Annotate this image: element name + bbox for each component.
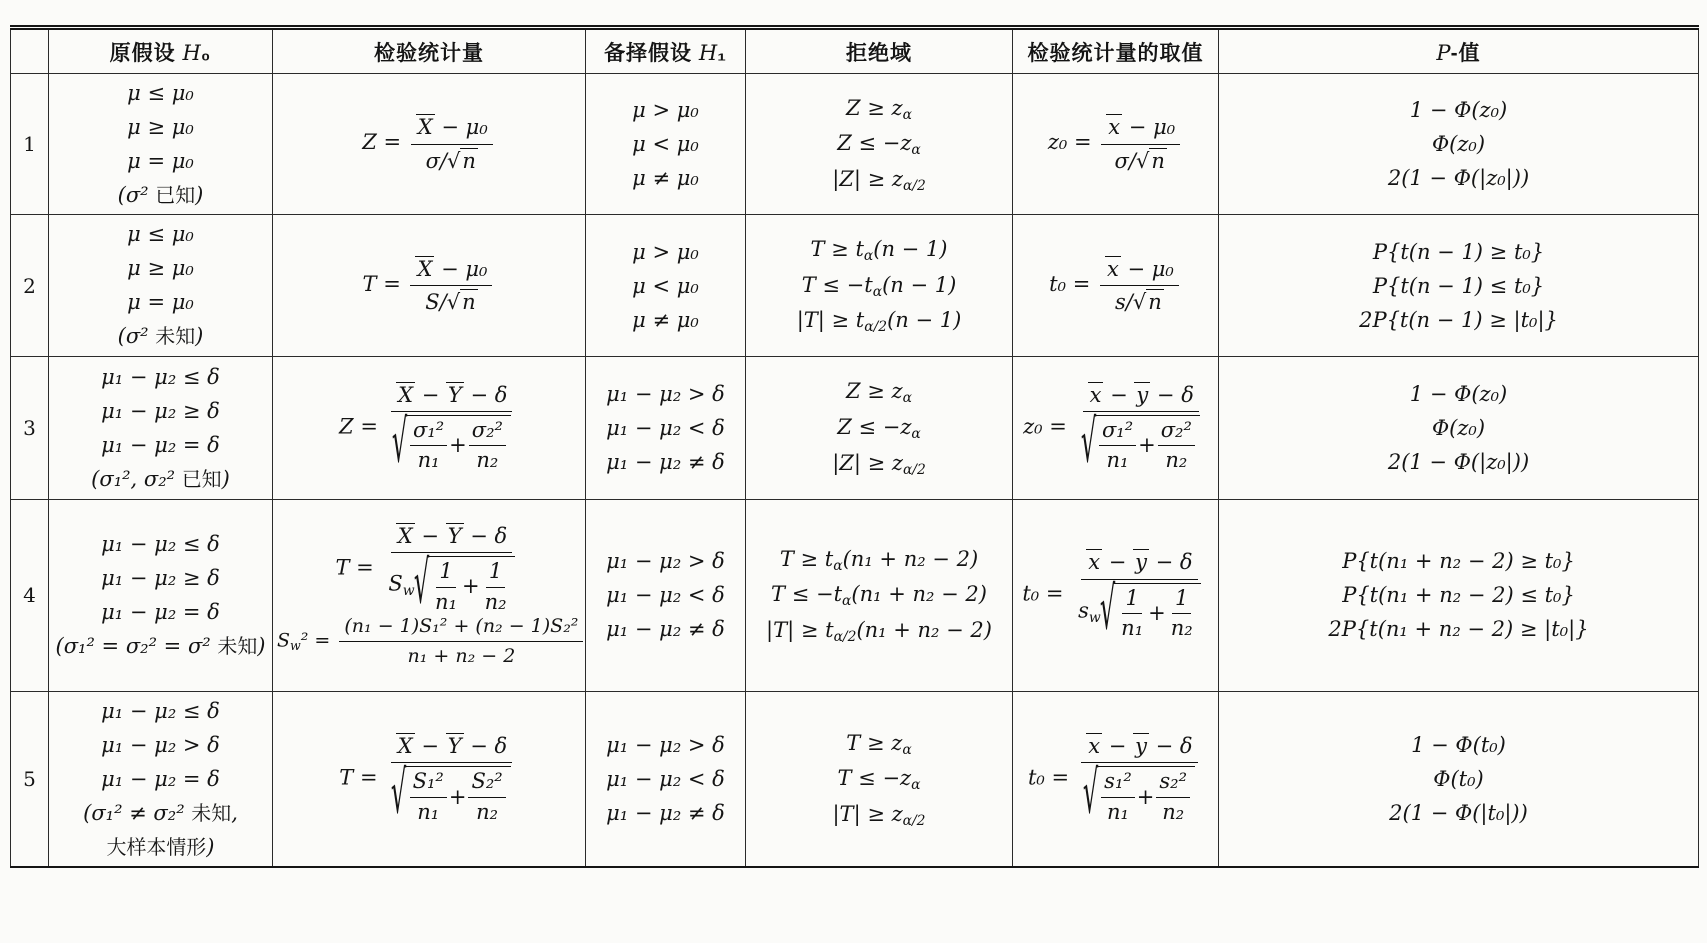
formula-line: 2(1 − Φ(|z₀|)): [1223, 161, 1694, 195]
formula-line: μ₁ − μ₂ > δ: [590, 377, 741, 411]
formula-line: μ ≤ μ₀: [53, 217, 268, 251]
formula-line: μ₁ − μ₂ ≠ δ: [590, 612, 741, 646]
formula-line: (σ₁² ≠ σ₂² 未知,: [53, 796, 268, 830]
formula-line: P{t(n₁ + n₂ − 2) ≤ t₀}: [1223, 578, 1694, 612]
formula-line: μ₁ − μ₂ = δ: [53, 762, 268, 796]
cell-null-hypothesis: μ ≤ μ₀ μ ≥ μ₀ μ = μ₀ (σ² 已知): [49, 74, 273, 215]
formula-line: (σ² 未知): [53, 319, 268, 353]
formula-line: μ > μ₀: [590, 93, 741, 127]
formula-line: T ≤ −tα(n − 1): [750, 268, 1008, 304]
formula-line: T = X − μ₀S/√n: [277, 256, 581, 315]
formula-line: μ₁ − μ₂ ≤ δ: [53, 527, 268, 561]
formula-line: (σ² 已知): [53, 178, 268, 212]
cell-null-hypothesis: μ ≤ μ₀ μ ≥ μ₀ μ = μ₀ (σ² 未知): [49, 215, 273, 356]
formula-line: 1 − Φ(z₀): [1223, 377, 1694, 411]
table-row: 4 μ₁ − μ₂ ≤ δ μ₁ − μ₂ ≥ δ μ₁ − μ₂ = δ (σ…: [11, 499, 1699, 691]
col-header-test-statistic: 检验统计量: [273, 28, 586, 74]
cell-p-value: P{t(n − 1) ≥ t₀} P{t(n − 1) ≤ t₀} 2P{t(n…: [1219, 215, 1699, 356]
col-header-statistic-value: 检验统计量的取值: [1013, 28, 1219, 74]
formula-line: t₀ = x − y − δsw√1n₁ + 1n₂: [1017, 549, 1214, 641]
row-number: 3: [11, 356, 49, 499]
cell-alternative-hypothesis: μ₁ − μ₂ > δ μ₁ − μ₂ < δ μ₁ − μ₂ ≠ δ: [586, 691, 746, 867]
formula-line: μ > μ₀: [590, 235, 741, 269]
col-header-null-hypothesis: 原假设 H₀: [49, 28, 273, 74]
formula-line: 1 − Φ(t₀): [1223, 728, 1694, 762]
cell-rejection-region: Z ≥ zα Z ≤ −zα |Z| ≥ zα/2: [746, 356, 1013, 499]
formula-line: Φ(z₀): [1223, 411, 1694, 445]
formula-line: μ₁ − μ₂ ≤ δ: [53, 360, 268, 394]
formula-line: μ = μ₀: [53, 285, 268, 319]
cell-rejection-region: T ≥ zα T ≤ −zα |T| ≥ zα/2: [746, 691, 1013, 867]
table-row: 2 μ ≤ μ₀ μ ≥ μ₀ μ = μ₀ (σ² 未知) T = X − μ…: [11, 215, 1699, 356]
formula-line: t₀ = x − y − δ√s₁²n₁ + s₂²n₂: [1017, 733, 1214, 825]
table-row: 1 μ ≤ μ₀ μ ≥ μ₀ μ = μ₀ (σ² 已知) Z = X − μ…: [11, 74, 1699, 215]
formula-line: Sw² = (n₁ − 1)S₁² + (n₂ − 1)S₂²n₁ + n₂ −…: [277, 615, 581, 668]
cell-test-statistic: T = X − Y − δSw√1n₁ + 1n₂ Sw² = (n₁ − 1)…: [273, 499, 586, 691]
formula-line: 大样本情形): [53, 830, 268, 864]
formula-line: T ≤ −zα: [750, 761, 1008, 797]
formula-line: |Z| ≥ zα/2: [750, 162, 1008, 198]
cell-alternative-hypothesis: μ₁ − μ₂ > δ μ₁ − μ₂ < δ μ₁ − μ₂ ≠ δ: [586, 499, 746, 691]
row-number: 1: [11, 74, 49, 215]
cell-rejection-region: T ≥ tα(n₁ + n₂ − 2) T ≤ −tα(n₁ + n₂ − 2)…: [746, 499, 1013, 691]
cell-alternative-hypothesis: μ > μ₀ μ < μ₀ μ ≠ μ₀: [586, 215, 746, 356]
hypothesis-testing-table: 原假设 H₀ 检验统计量 备择假设 H₁ 拒绝域 检验统计量的取值 P-值 1 …: [10, 25, 1699, 868]
scanned-textbook-page: 原假设 H₀ 检验统计量 备择假设 H₁ 拒绝域 检验统计量的取值 P-值 1 …: [0, 0, 1707, 943]
formula-line: μ₁ − μ₂ < δ: [590, 762, 741, 796]
formula-line: μ ≠ μ₀: [590, 161, 741, 195]
col-header-alternative-hypothesis: 备择假设 H₁: [586, 28, 746, 74]
formula-line: μ ≠ μ₀: [590, 303, 741, 337]
cell-test-statistic: T = X − μ₀S/√n: [273, 215, 586, 356]
formula-line: 1 − Φ(z₀): [1223, 93, 1694, 127]
header-row: 原假设 H₀ 检验统计量 备择假设 H₁ 拒绝域 检验统计量的取值 P-值: [11, 28, 1699, 74]
formula-line: μ₁ − μ₂ > δ: [590, 728, 741, 762]
cell-null-hypothesis: μ₁ − μ₂ ≤ δ μ₁ − μ₂ ≥ δ μ₁ − μ₂ = δ (σ₁²…: [49, 356, 273, 499]
formula-line: μ ≤ μ₀: [53, 76, 268, 110]
formula-line: μ₁ − μ₂ ≥ δ: [53, 561, 268, 595]
formula-line: z₀ = x − μ₀σ/√n: [1017, 114, 1214, 173]
formula-line: Φ(z₀): [1223, 127, 1694, 161]
formula-line: μ < μ₀: [590, 127, 741, 161]
cell-alternative-hypothesis: μ₁ − μ₂ > δ μ₁ − μ₂ < δ μ₁ − μ₂ ≠ δ: [586, 356, 746, 499]
formula-line: μ₁ − μ₂ > δ: [590, 544, 741, 578]
formula-line: P{t(n − 1) ≥ t₀}: [1223, 235, 1694, 269]
formula-line: Z ≤ −zα: [750, 126, 1008, 162]
formula-line: μ = μ₀: [53, 144, 268, 178]
cell-statistic-value: z₀ = x − y − δ√σ₁²n₁ + σ₂²n₂: [1013, 356, 1219, 499]
formula-line: T ≥ zα: [750, 726, 1008, 762]
cell-rejection-region: T ≥ tα(n − 1) T ≤ −tα(n − 1) |T| ≥ tα/2(…: [746, 215, 1013, 356]
cell-null-hypothesis: μ₁ − μ₂ ≤ δ μ₁ − μ₂ ≥ δ μ₁ − μ₂ = δ (σ₁²…: [49, 499, 273, 691]
formula-line: Z ≤ −zα: [750, 410, 1008, 446]
formula-line: μ₁ − μ₂ > δ: [53, 728, 268, 762]
formula-line: μ < μ₀: [590, 269, 741, 303]
formula-line: μ ≥ μ₀: [53, 110, 268, 144]
cell-null-hypothesis: μ₁ − μ₂ ≤ δ μ₁ − μ₂ > δ μ₁ − μ₂ = δ (σ₁²…: [49, 691, 273, 867]
formula-line: μ₁ − μ₂ = δ: [53, 595, 268, 629]
formula-line: P{t(n₁ + n₂ − 2) ≥ t₀}: [1223, 544, 1694, 578]
cell-statistic-value: t₀ = x − y − δsw√1n₁ + 1n₂: [1013, 499, 1219, 691]
formula-line: |T| ≥ zα/2: [750, 797, 1008, 833]
cell-alternative-hypothesis: μ > μ₀ μ < μ₀ μ ≠ μ₀: [586, 74, 746, 215]
row-number: 2: [11, 215, 49, 356]
cell-p-value: 1 − Φ(z₀) Φ(z₀) 2(1 − Φ(|z₀|)): [1219, 74, 1699, 215]
formula-line: Z = X − μ₀σ/√n: [277, 114, 581, 173]
formula-line: μ₁ − μ₂ = δ: [53, 428, 268, 462]
formula-line: μ₁ − μ₂ ≠ δ: [590, 445, 741, 479]
formula-line: Z = X − Y − δ√σ₁²n₁ + σ₂²n₂: [277, 382, 581, 474]
formula-line: 2(1 − Φ(|z₀|)): [1223, 445, 1694, 479]
formula-line: Z ≥ zα: [750, 374, 1008, 410]
table-row: 3 μ₁ − μ₂ ≤ δ μ₁ − μ₂ ≥ δ μ₁ − μ₂ = δ (σ…: [11, 356, 1699, 499]
formula-line: t₀ = x − μ₀s/√n: [1017, 256, 1214, 315]
formula-line: z₀ = x − y − δ√σ₁²n₁ + σ₂²n₂: [1017, 382, 1214, 474]
cell-statistic-value: z₀ = x − μ₀σ/√n: [1013, 74, 1219, 215]
cell-test-statistic: Z = X − Y − δ√σ₁²n₁ + σ₂²n₂: [273, 356, 586, 499]
formula-line: (σ₁² = σ₂² = σ² 未知): [53, 629, 268, 663]
formula-line: Φ(t₀): [1223, 762, 1694, 796]
formula-line: μ₁ − μ₂ ≠ δ: [590, 796, 741, 830]
row-number: 4: [11, 499, 49, 691]
cell-rejection-region: Z ≥ zα Z ≤ −zα |Z| ≥ zα/2: [746, 74, 1013, 215]
formula-line: T ≥ tα(n − 1): [750, 232, 1008, 268]
formula-line: T = X − Y − δ√S₁²n₁ + S₂²n₂: [277, 733, 581, 825]
table-row: 5 μ₁ − μ₂ ≤ δ μ₁ − μ₂ > δ μ₁ − μ₂ = δ (σ…: [11, 691, 1699, 867]
formula-line: μ₁ − μ₂ < δ: [590, 411, 741, 445]
formula-line: (σ₁², σ₂² 已知): [53, 462, 268, 496]
col-header-row-number: [11, 28, 49, 74]
row-number: 5: [11, 691, 49, 867]
formula-line: T ≤ −tα(n₁ + n₂ − 2): [750, 577, 1008, 613]
cell-statistic-value: t₀ = x − y − δ√s₁²n₁ + s₂²n₂: [1013, 691, 1219, 867]
formula-line: T = X − Y − δSw√1n₁ + 1n₂: [277, 523, 581, 615]
formula-line: 2P{t(n − 1) ≥ |t₀|}: [1223, 303, 1694, 337]
formula-line: P{t(n − 1) ≤ t₀}: [1223, 269, 1694, 303]
formula-line: Z ≥ zα: [750, 91, 1008, 127]
cell-p-value: 1 − Φ(z₀) Φ(z₀) 2(1 − Φ(|z₀|)): [1219, 356, 1699, 499]
formula-line: μ₁ − μ₂ ≥ δ: [53, 394, 268, 428]
formula-line: |T| ≥ tα/2(n₁ + n₂ − 2): [750, 613, 1008, 649]
formula-line: 2P{t(n₁ + n₂ − 2) ≥ |t₀|}: [1223, 612, 1694, 646]
formula-line: μ₁ − μ₂ ≤ δ: [53, 694, 268, 728]
formula-line: μ₁ − μ₂ < δ: [590, 578, 741, 612]
cell-p-value: 1 − Φ(t₀) Φ(t₀) 2(1 − Φ(|t₀|)): [1219, 691, 1699, 867]
formula-line: 2(1 − Φ(|t₀|)): [1223, 796, 1694, 830]
cell-statistic-value: t₀ = x − μ₀s/√n: [1013, 215, 1219, 356]
cell-test-statistic: Z = X − μ₀σ/√n: [273, 74, 586, 215]
col-header-rejection-region: 拒绝域: [746, 28, 1013, 74]
formula-line: μ ≥ μ₀: [53, 251, 268, 285]
col-header-p-value: P-值: [1219, 28, 1699, 74]
cell-test-statistic: T = X − Y − δ√S₁²n₁ + S₂²n₂: [273, 691, 586, 867]
formula-line: T ≥ tα(n₁ + n₂ − 2): [750, 542, 1008, 578]
formula-line: |T| ≥ tα/2(n − 1): [750, 303, 1008, 339]
formula-line: |Z| ≥ zα/2: [750, 446, 1008, 482]
cell-p-value: P{t(n₁ + n₂ − 2) ≥ t₀} P{t(n₁ + n₂ − 2) …: [1219, 499, 1699, 691]
